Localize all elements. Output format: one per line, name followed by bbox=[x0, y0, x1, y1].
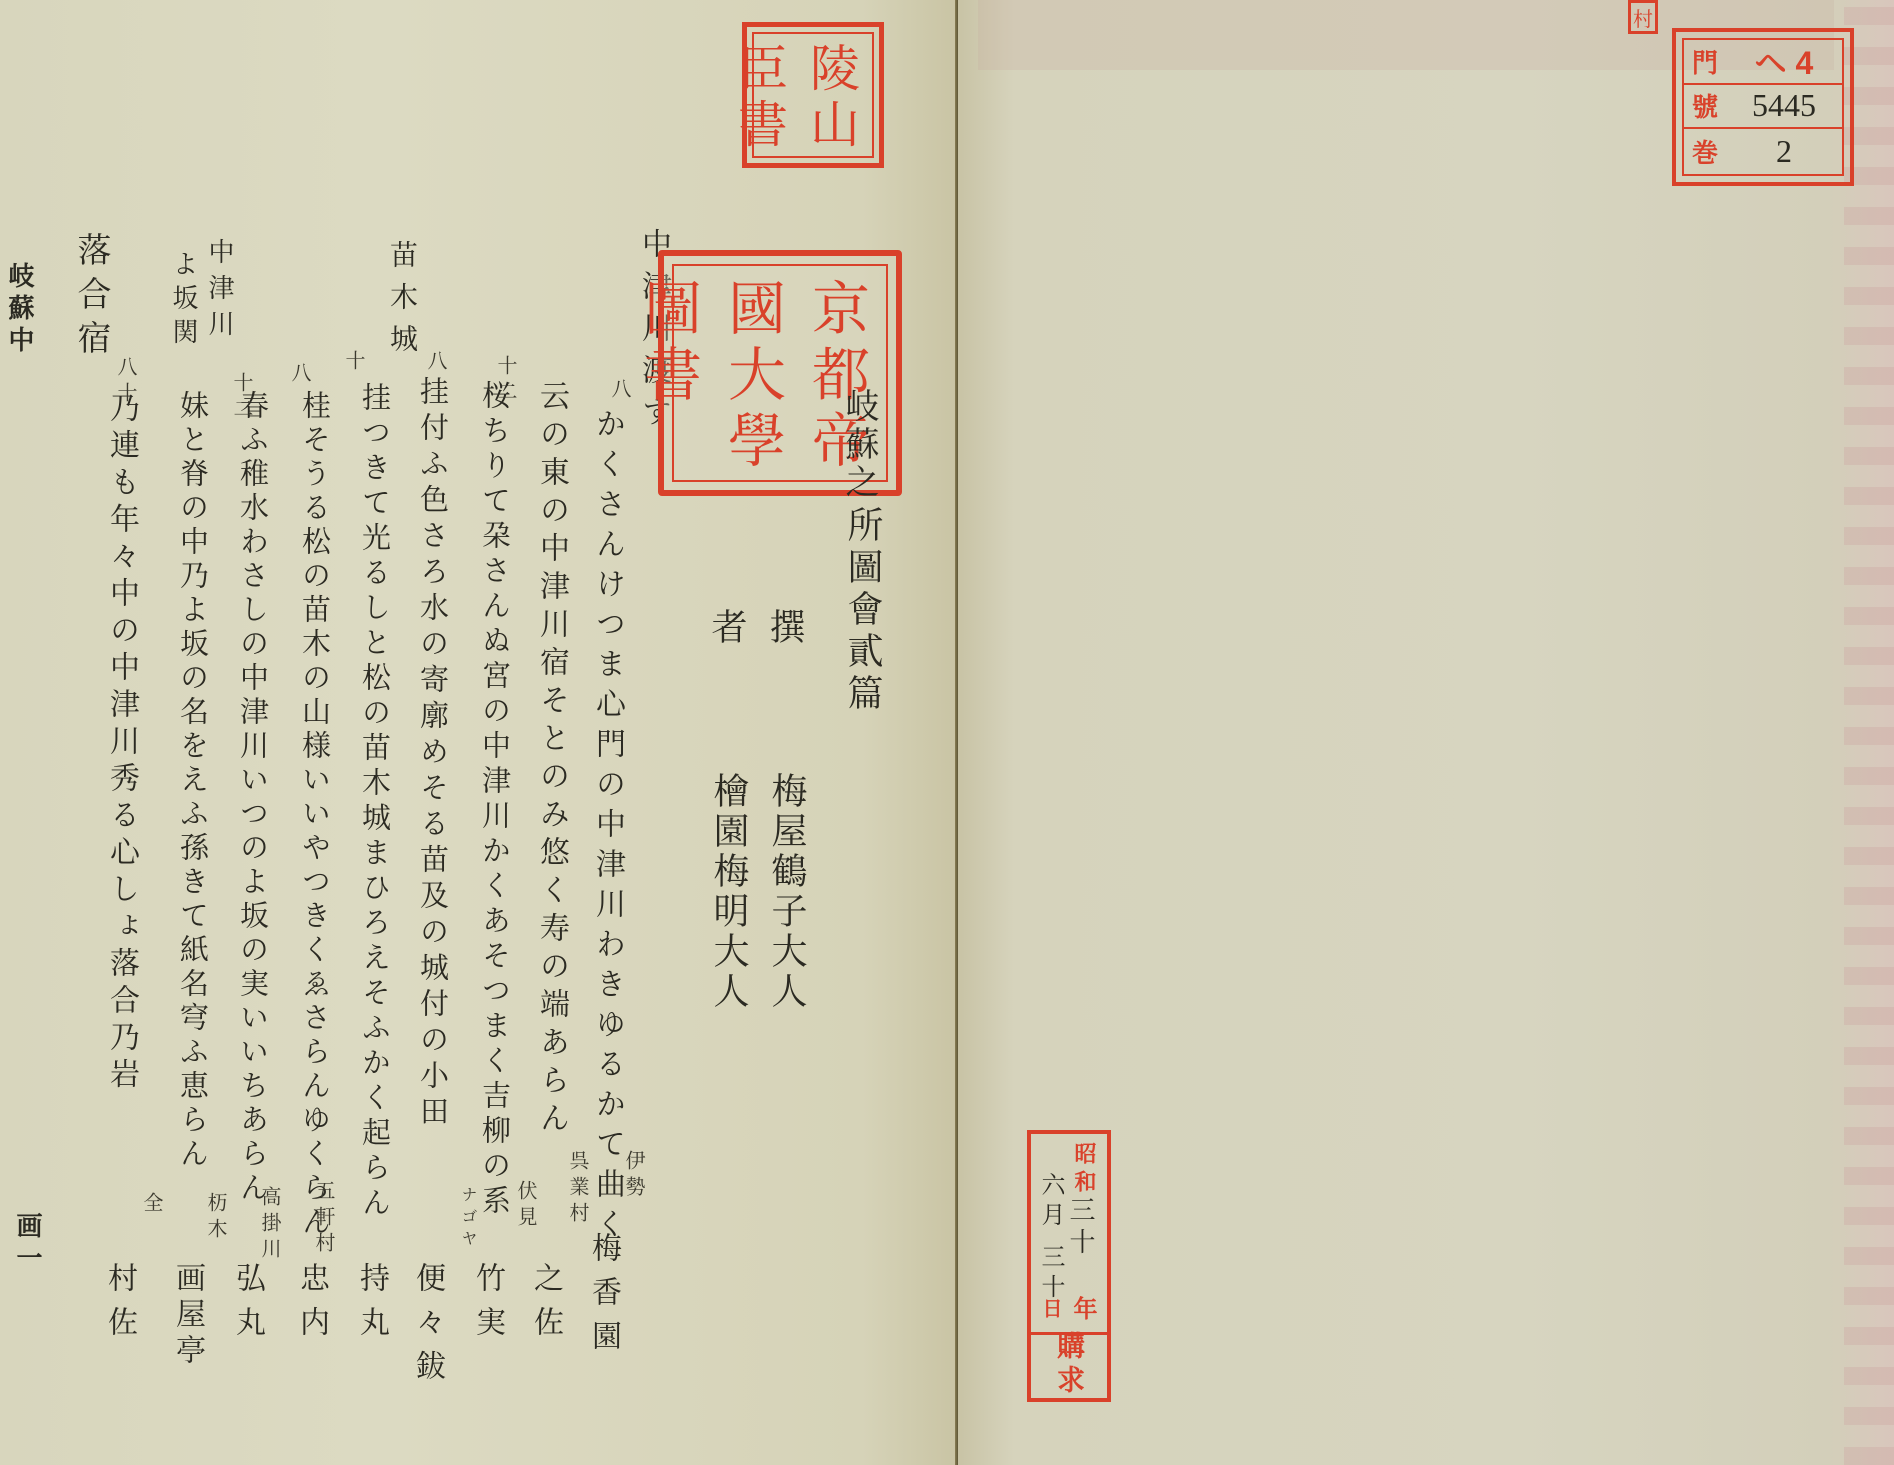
date-area: 昭和 三十 年 六月 三十 日 bbox=[1031, 1134, 1107, 1335]
seal-char: 書 bbox=[626, 340, 710, 406]
acquisition-date-stamp: 昭和 三十 年 六月 三十 日 購求 bbox=[1027, 1130, 1111, 1402]
day-value: 三十 bbox=[1039, 1244, 1063, 1304]
poem-column-1: かくさんけつま心門の中津川わきゆるかて曲く bbox=[592, 408, 622, 1248]
class-value: ヘ 4 bbox=[1726, 38, 1842, 84]
paper-edge-foxing bbox=[1844, 0, 1894, 1465]
poem-column-3: 桜ちりて朶さんぬ宮の中津川かくあそつまく吉柳の系 bbox=[480, 380, 509, 1220]
year-suffix: 年 bbox=[1071, 1296, 1095, 1326]
poem-author-2: 之佐 bbox=[530, 1262, 560, 1350]
number-value: 5445 bbox=[1726, 87, 1842, 124]
poem-column-2: 云の東の中津川宿そとのみ悠く寿の端あらん bbox=[536, 380, 566, 1140]
poem-author-note-2: 呉業村 bbox=[568, 1150, 588, 1228]
volume-value: 2 bbox=[1726, 133, 1842, 170]
class-label: 門 bbox=[1684, 43, 1726, 80]
seal-char: 國 bbox=[710, 274, 794, 340]
book-title: 所圖會貳篇 bbox=[844, 506, 880, 716]
era-label: 昭和 bbox=[1073, 1142, 1095, 1198]
seal-char: 陵 bbox=[795, 39, 867, 95]
poem-column-5: 挂つきて光るしと松の苗木城まひろえそふかく起らん bbox=[360, 382, 389, 1222]
seal-char: 圖 bbox=[626, 274, 710, 340]
poem-column-7: 春ふ稚水わさしの中津川いつのよ坂の実いいちあらん bbox=[238, 390, 267, 1206]
poem-author-5: 持丸 bbox=[356, 1262, 386, 1350]
poem-author-7: 弘丸 bbox=[232, 1262, 262, 1350]
volume-label: 巻 bbox=[1684, 133, 1726, 170]
poem-number-9: 八十 bbox=[116, 356, 136, 408]
author-label: 者 bbox=[708, 608, 744, 650]
poem-author-note-1: 伊勢 bbox=[624, 1150, 644, 1202]
status-label: 購求 bbox=[1055, 1331, 1083, 1399]
day-suffix: 日 bbox=[1041, 1298, 1061, 1324]
month-value: 六月 bbox=[1039, 1172, 1063, 1232]
seal-char: 臣 bbox=[723, 39, 795, 95]
poem-column-4: 挂付ふ色さろ水の寄廓めそる苗及の城付の小田 bbox=[418, 376, 447, 1132]
place-heading-yosaka: よ坂関 bbox=[170, 250, 196, 352]
seal-characters: 陵 山 臣 書 bbox=[759, 39, 867, 151]
poem-author-note-9: 全 bbox=[142, 1192, 162, 1218]
acquisition-status: 購求 bbox=[1031, 1332, 1107, 1398]
poem-column-9: 乃連も年々中の中津川秀る心しょ落合乃岩 bbox=[106, 392, 136, 1095]
poem-author-note-6: 五軒村 bbox=[314, 1180, 334, 1258]
call-number-row-volume: 巻 2 bbox=[1684, 129, 1842, 174]
seal-char: 大 bbox=[710, 340, 794, 406]
place-heading-nakatsugawa-small: 中津川 bbox=[206, 238, 232, 346]
poem-number-6: 八 bbox=[290, 362, 310, 388]
year-value: 三十 bbox=[1067, 1196, 1093, 1260]
folio-number: 画一 bbox=[14, 1212, 40, 1276]
call-number-stamp: 門 ヘ 4 號 5445 巻 2 bbox=[1672, 28, 1854, 186]
poem-number-3: 十二 bbox=[496, 355, 516, 407]
poem-author-1: 梅香園 bbox=[588, 1232, 618, 1364]
corner-seal: 村 bbox=[1628, 0, 1658, 34]
poem-author-note-7: 高掛川 bbox=[260, 1186, 280, 1264]
poem-column-8: 妹と脊の中乃よ坂の名をえふ孫きて紙名穹ふ恵らん bbox=[178, 390, 207, 1172]
poem-author-9: 村佐 bbox=[104, 1262, 134, 1350]
seal-char: 書 bbox=[723, 95, 795, 151]
seal-char: 京 bbox=[794, 274, 878, 340]
poem-author-4: 便々鈸 bbox=[412, 1262, 442, 1394]
call-number-row-class: 門 ヘ 4 bbox=[1684, 40, 1842, 85]
poem-author-note-8: 杤木 bbox=[206, 1192, 226, 1244]
poem-number-5: 十 bbox=[344, 350, 364, 376]
seal-char: 學 bbox=[710, 406, 794, 472]
poem-number-4: 八 bbox=[426, 350, 446, 376]
call-number-row-number: 號 5445 bbox=[1684, 85, 1842, 130]
poem-author-note-3: 伏見 bbox=[516, 1180, 536, 1232]
poem-author-note-4: ナゴヤ bbox=[460, 1186, 476, 1252]
compiler-label: 撰 bbox=[766, 608, 802, 650]
seal-char: 山 bbox=[795, 95, 867, 151]
corner-seal-char: 村 bbox=[1633, 3, 1653, 32]
left-page: 陵 山 臣 書 岐蘇中 画一 落合宿 よ坂関 中津川 苗木城 中津川渡す かくさ… bbox=[0, 0, 958, 1465]
author-name: 檜園梅明大人 bbox=[710, 772, 746, 1012]
margin-label: 岐蘇中 bbox=[6, 262, 32, 358]
book-title-head: 岐蘇之 bbox=[842, 388, 876, 502]
library-seal-small: 陵 山 臣 書 bbox=[742, 22, 884, 168]
place-heading-ochiai: 落合宿 bbox=[74, 232, 108, 364]
poem-author-6: 忠内 bbox=[296, 1262, 326, 1350]
poem-column-6: 桂そうる松の苗木の山様いいやつきくゑさらんゆくらん bbox=[300, 390, 329, 1240]
poem-author-8: 画屋亭 bbox=[172, 1262, 202, 1370]
poem-author-3: 竹実 bbox=[472, 1262, 502, 1350]
place-heading-naegi-castle: 苗木城 bbox=[388, 240, 416, 366]
number-label: 號 bbox=[1684, 87, 1726, 124]
call-number-inner: 門 ヘ 4 號 5445 巻 2 bbox=[1682, 38, 1844, 176]
compiler-name: 梅屋鶴子大人 bbox=[768, 772, 804, 1012]
poem-number-7: 十二 bbox=[232, 372, 252, 424]
